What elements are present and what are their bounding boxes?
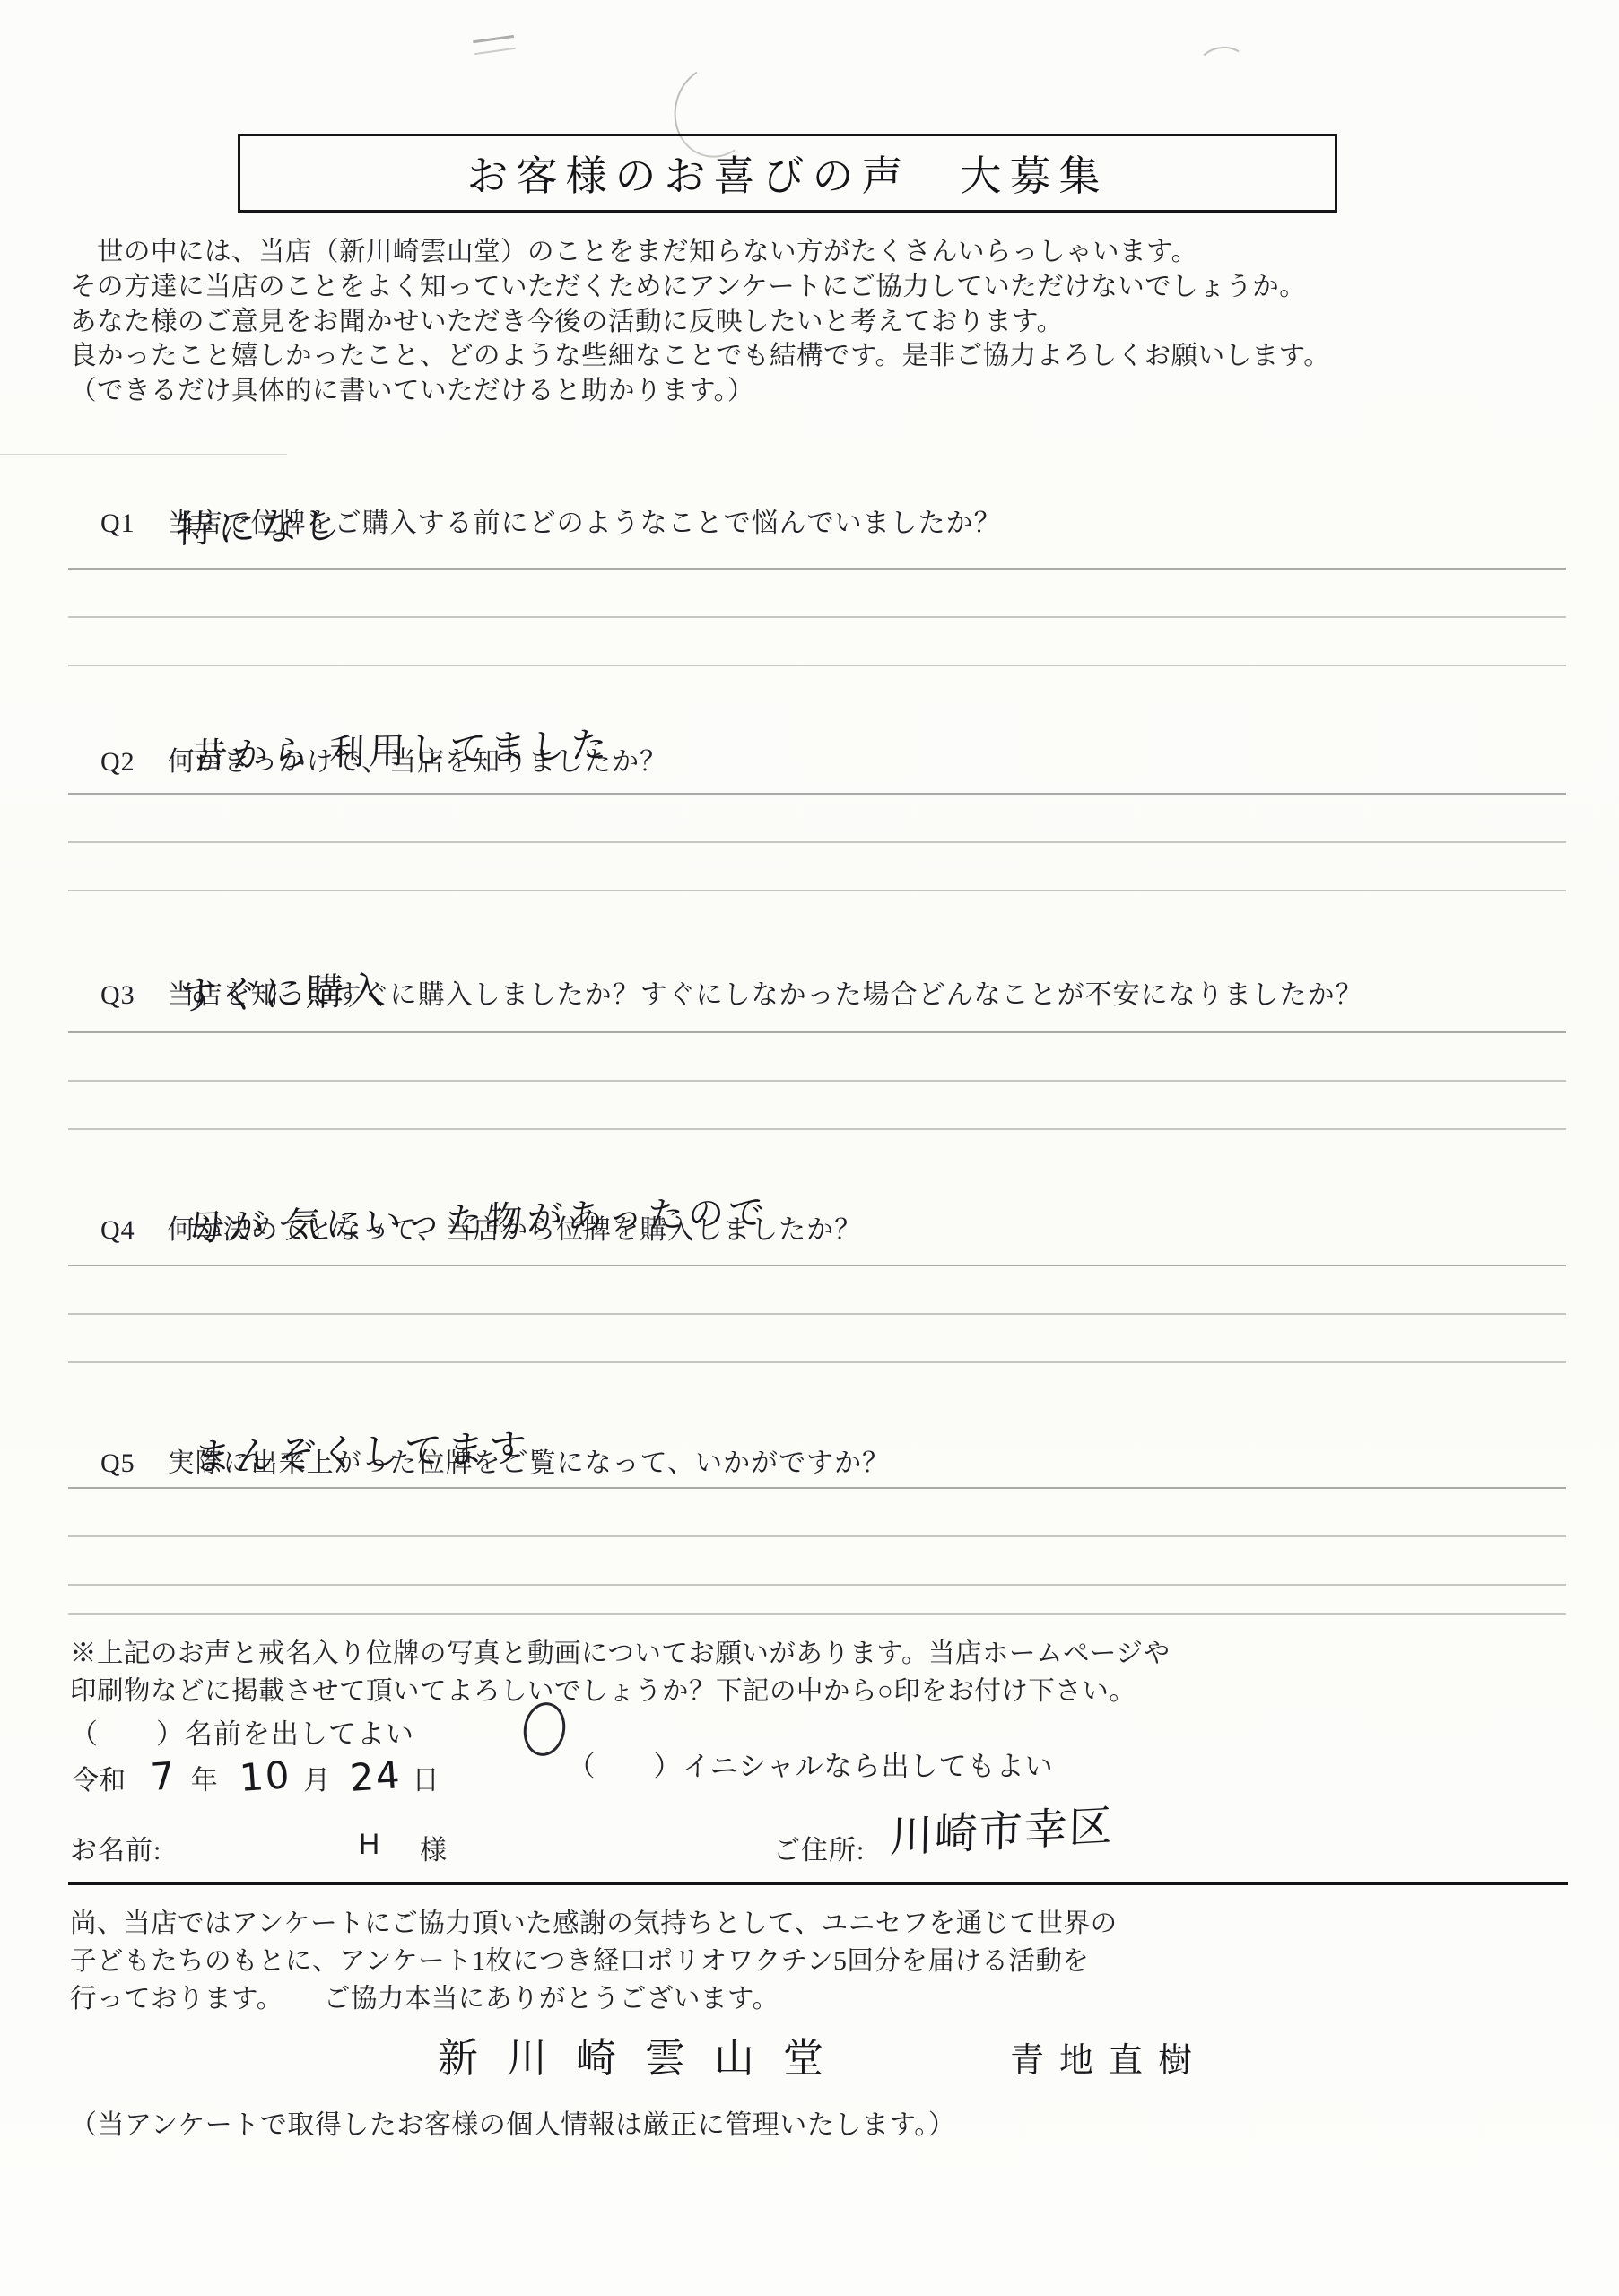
scanned-survey-document: お客様のお喜びの声 大募集 世の中には、当店（新川崎雲山堂）のことをまだ知らない… bbox=[0, 0, 1619, 2296]
privacy-note: （当アンケートで取得したお客様の個人情報は厳正に管理いたします。） bbox=[70, 2102, 955, 2142]
selection-circle-mark bbox=[519, 1699, 570, 1759]
shop-name: 新川崎雲山堂 bbox=[438, 2025, 852, 2083]
answer-line bbox=[68, 1584, 1566, 1586]
permission-line: 印刷物などに掲載させて頂いてよろしいでしょうか？下記の中から○印をお付け下さい。 bbox=[70, 1670, 1136, 1708]
answer-handwriting-q5: まんぞくしてます bbox=[193, 1418, 531, 1482]
answer-line bbox=[68, 841, 1566, 843]
scan-artifact bbox=[1197, 44, 1249, 84]
question-number: Q2 bbox=[100, 747, 135, 778]
day-value-handwritten: 24 bbox=[349, 1752, 404, 1800]
intro-line: その方達に当店のことをよく知っていただくためにアンケートにご協力していただけない… bbox=[70, 270, 1586, 305]
answer-line bbox=[68, 1128, 1566, 1130]
footer-line: 子どもたちのもとに、アンケート1枚につき経口ポリオワクチン5回分を届ける活動を bbox=[70, 1943, 1586, 1980]
month-label: 月 bbox=[303, 1758, 330, 1797]
permission-line: ※上記のお声と戒名入り位牌の写真と動画についてお願いがあります。当店ホームページ… bbox=[70, 1632, 1170, 1670]
question-number: Q4 bbox=[100, 1215, 135, 1246]
answer-line bbox=[68, 616, 1566, 618]
paper-crease bbox=[0, 454, 287, 455]
answer-line bbox=[68, 1313, 1566, 1315]
intro-line: 世の中には、当店（新川崎雲山堂）のことをまだ知らない方がたくさんいらっしゃいます… bbox=[70, 235, 1586, 270]
section-divider bbox=[68, 1613, 1566, 1615]
date-line: 令和 7 年 10 月 24 日 bbox=[72, 1754, 440, 1798]
year-value-handwritten: 7 bbox=[149, 1753, 178, 1799]
address-value-handwritten: 川崎市幸区 bbox=[889, 1791, 1114, 1865]
question-number: Q1 bbox=[100, 509, 135, 539]
answer-line bbox=[68, 665, 1566, 666]
question-number: Q5 bbox=[100, 1448, 135, 1479]
question-number: Q3 bbox=[100, 980, 135, 1011]
option-initial-label: （ ）イニシャルなら出してもよい bbox=[568, 1751, 1054, 1782]
intro-line: あなた様のご意見をお聞かせいただき今後の活動に反映したいと考えております。 bbox=[70, 305, 1586, 340]
name-value: H bbox=[359, 1828, 379, 1861]
answer-line bbox=[68, 568, 1566, 570]
answer-line bbox=[68, 1535, 1566, 1537]
answer-line bbox=[68, 1361, 1566, 1363]
owner-name: 青地直樹 bbox=[1010, 2032, 1207, 2082]
answer-line bbox=[68, 1487, 1566, 1489]
day-label: 日 bbox=[413, 1758, 440, 1797]
year-label: 年 bbox=[191, 1758, 218, 1797]
answer-handwriting-q1: 特になし bbox=[175, 496, 344, 554]
answer-line bbox=[68, 1031, 1566, 1033]
scan-artifact bbox=[473, 35, 516, 55]
answer-line bbox=[68, 793, 1566, 795]
address-label: ご住所: bbox=[773, 1828, 865, 1867]
page-title: お客様のお喜びの声 大募集 bbox=[467, 143, 1109, 203]
footer-paragraph: 尚、当店ではアンケートにご協力頂いた感謝の気持ちとして、ユニセフを通じて世界の … bbox=[70, 1905, 1586, 2018]
name-label: お名前: bbox=[70, 1828, 161, 1867]
footer-line: 行っております。 ご協力本当にありがとうございます。 bbox=[70, 1980, 1586, 2018]
month-value-handwritten: 10 bbox=[238, 1752, 292, 1800]
intro-line: （できるだけ具体的に書いていただけると助かります。） bbox=[70, 374, 1586, 409]
title-box: お客様のお喜びの声 大募集 bbox=[238, 134, 1337, 213]
answer-line bbox=[68, 890, 1566, 891]
footer-line: 尚、当店ではアンケートにご協力頂いた感謝の気持ちとして、ユニセフを通じて世界の bbox=[70, 1905, 1586, 1943]
intro-paragraph: 世の中には、当店（新川崎雲山堂）のことをまだ知らない方がたくさんいらっしゃいます… bbox=[70, 235, 1586, 409]
answer-line bbox=[68, 1265, 1566, 1266]
answer-line bbox=[68, 1080, 1566, 1082]
name-honorific: 様 bbox=[420, 1828, 448, 1867]
signature-row-rule bbox=[68, 1882, 1568, 1885]
intro-line: 良かったこと嬉しかったこと、どのような些細なことでも結構です。是非ご協力よろしく… bbox=[70, 339, 1586, 374]
era-label: 令和 bbox=[72, 1758, 126, 1797]
answer-handwriting-q3: すぐに購入 bbox=[178, 961, 390, 1021]
